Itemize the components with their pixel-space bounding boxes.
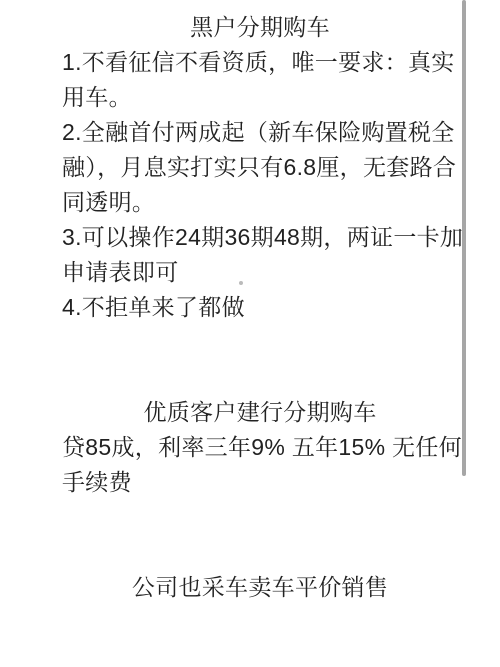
section-2-body-line-1: 贷85成，利率三年9% 五年15% 无任何: [62, 430, 458, 465]
list-item-3-line-1: 3.可以操作24期36期48期，两证一卡加: [62, 220, 458, 255]
list-item-4-line-1: 4.不拒单来了都做: [62, 290, 458, 325]
list-item-1-line-2: 用车。: [62, 80, 458, 115]
scrollbar-thumb[interactable]: [462, 0, 466, 476]
section-3-title: 公司也采车卖车平价销售: [62, 570, 458, 605]
list-item-2-line-3: 同透明。: [62, 185, 458, 220]
list-item-2-line-2: 融），月息实打实只有6.8厘，无套路合: [62, 150, 458, 185]
list-item-3-line-2: 申请表即可: [62, 255, 458, 290]
dust-speck: [239, 281, 243, 285]
doc-title: 黑户分期购车: [62, 10, 458, 45]
document-body: 黑户分期购车 1.不看征信不看资质，唯一要求：真实 用车。 2.全融首付两成起（…: [0, 0, 500, 605]
section-2-body-line-2: 手续费: [62, 465, 458, 500]
list-item-2-line-1: 2.全融首付两成起（新车保险购置税全: [62, 115, 458, 150]
section-2-title: 优质客户建行分期购车: [62, 395, 458, 430]
list-item-1-line-1: 1.不看征信不看资质，唯一要求：真实: [62, 45, 458, 80]
